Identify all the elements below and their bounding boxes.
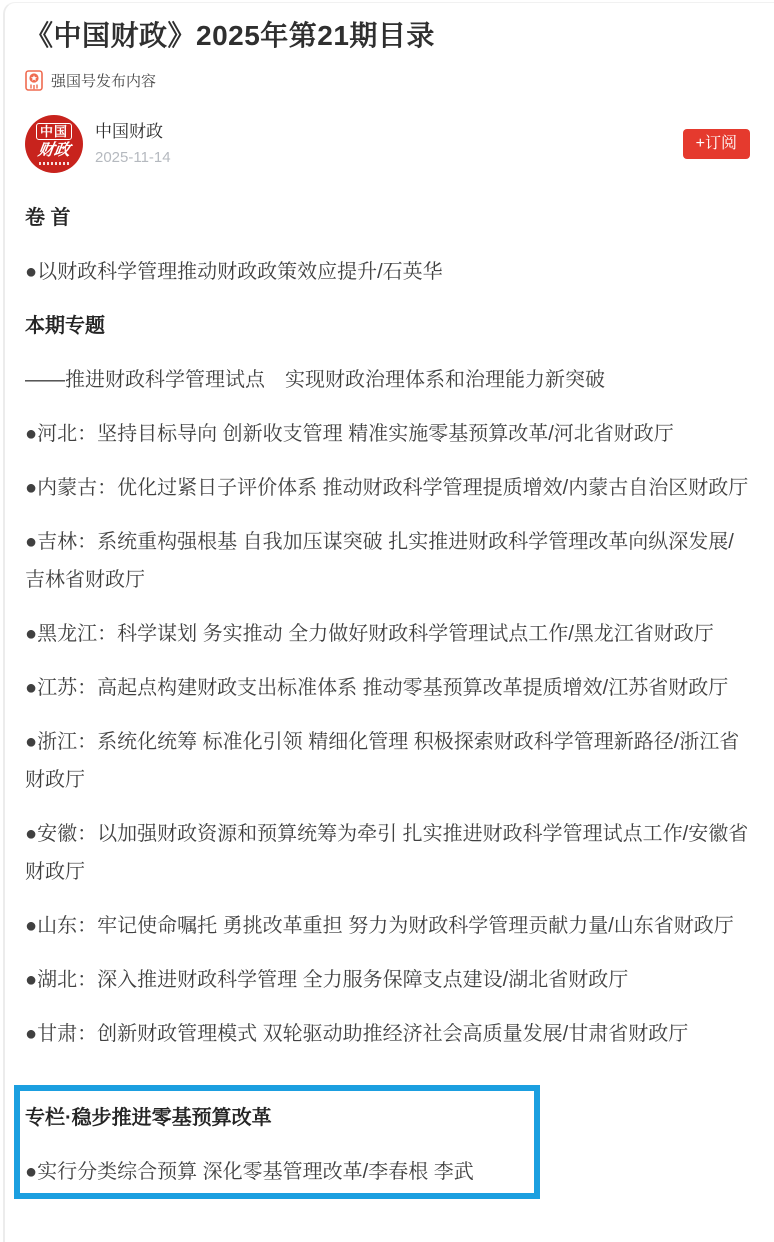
page-title: 《中国财政》2025年第21期目录 (25, 17, 750, 55)
source-badge: 强国号发布内容 (25, 69, 750, 91)
toc-entry: ●河北：坚持目标导向 创新收支管理 精准实施零基预算改革/河北省财政厅 (25, 415, 750, 453)
toc-entry: ●以财政科学管理推动财政政策效应提升/石英华 (25, 253, 750, 291)
author-name[interactable]: 中国财政 (95, 122, 171, 142)
avatar-logo-text-top: 中国 (36, 123, 72, 140)
avatar-logo-caption (39, 162, 69, 165)
section-heading-juanshou: 卷 首 (25, 199, 750, 237)
badge-label: 强国号发布内容 (51, 70, 156, 91)
toc-entry: ●吉林：系统重构强根基 自我加压谋突破 扎实推进财政科学管理改革向纵深发展/吉林… (25, 523, 750, 599)
avatar[interactable]: 中国 财政 (25, 115, 83, 173)
toc-entry: ●湖北：深入推进财政科学管理 全力服务保障支点建设/湖北省财政厅 (25, 961, 750, 999)
toc-entry: ●江苏：高起点构建财政支出标准体系 推动零基预算改革提质增效/江苏省财政厅 (25, 669, 750, 707)
highlighted-section-box: 专栏·稳步推进零基预算改革 ●实行分类综合预算 深化零基管理改革/李春根 李武 (14, 1085, 540, 1199)
publish-date: 2025-11-14 (95, 149, 171, 167)
toc-entry: ●安徽：以加强财政资源和预算统筹为牵引 扎实推进财政科学管理试点工作/安徽省财政… (25, 815, 750, 891)
toc-entry: ●山东：牢记使命嘱托 勇挑改革重担 努力为财政科学管理贡献力量/山东省财政厅 (25, 907, 750, 945)
toc-entry: ●内蒙古：优化过紧日子评价体系 推动财政科学管理提质增效/内蒙古自治区财政厅 (25, 469, 750, 507)
section-heading-zhuanlan: 专栏·稳步推进零基预算改革 (25, 1099, 520, 1137)
author-meta: 中国财政 2025-11-14 (95, 122, 171, 167)
toc-entry: ●甘肃：创新财政管理模式 双轮驱动助推经济社会高质量发展/甘肃省财政厅 (25, 1015, 750, 1053)
section-heading-benqizhuanti: 本期专题 (25, 307, 750, 345)
award-ribbon-icon (25, 70, 43, 91)
subscribe-button[interactable]: +订阅 (683, 129, 750, 159)
toc-entry: ●浙江：系统化统筹 标准化引领 精细化管理 积极探索财政科学管理新路径/浙江省财… (25, 723, 750, 799)
avatar-logo-text-bottom: 财政 (37, 141, 72, 160)
article-card: 《中国财政》2025年第21期目录 强国号发布内容 中国 财政 中国财政 202… (3, 2, 774, 1242)
toc-entry: ●实行分类综合预算 深化零基管理改革/李春根 李武 (25, 1153, 520, 1191)
section-intro: ——推进财政科学管理试点 实现财政治理体系和治理能力新突破 (25, 361, 750, 399)
table-of-contents: 卷 首 ●以财政科学管理推动财政政策效应提升/石英华 本期专题 ——推进财政科学… (25, 199, 750, 1199)
toc-entry: ●黑龙江：科学谋划 务实推动 全力做好财政科学管理试点工作/黑龙江省财政厅 (25, 615, 750, 653)
author-row: 中国 财政 中国财政 2025-11-14 +订阅 (25, 115, 750, 173)
